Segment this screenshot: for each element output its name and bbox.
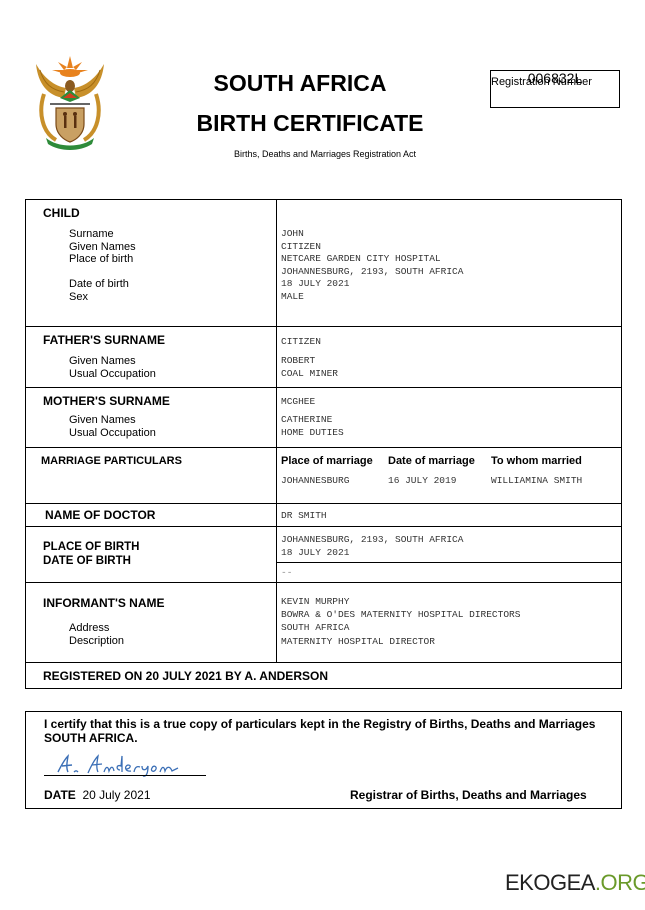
divider	[26, 503, 621, 504]
divider	[26, 526, 621, 527]
date-value: 20 July 2021	[82, 788, 150, 802]
informant-address-label: Address	[69, 622, 109, 635]
date-of-birth-value: 18 JULY 2021	[281, 547, 349, 560]
act-subtitle: Births, Deaths and Marriages Registratio…	[150, 149, 500, 159]
child-sex-label: Sex	[69, 291, 88, 304]
divider	[26, 387, 621, 388]
father-given-names-value: ROBERT	[281, 355, 315, 368]
child-sex-value: MALE	[281, 291, 304, 304]
child-surname-label: Surname	[69, 228, 114, 241]
date-label: DATE	[44, 788, 76, 802]
mother-given-names-value: CATHERINE	[281, 414, 332, 427]
child-surname-value: JOHN	[281, 228, 304, 241]
watermark-main: EKOGEA	[505, 870, 595, 895]
watermark: EKOGEA.ORG	[505, 870, 645, 896]
mother-occupation-label: Usual Occupation	[69, 427, 156, 440]
informant-address-value: BOWRA & O'DES MATERNITY HOSPITAL DIRECTO…	[281, 609, 520, 622]
watermark-suffix: .ORG	[595, 870, 645, 895]
father-occupation-label: Usual Occupation	[69, 368, 156, 381]
marriage-heading: MARRIAGE PARTICULARS	[41, 455, 182, 467]
father-occupation-value: COAL MINER	[281, 368, 338, 381]
mother-surname-value: MCGHEE	[281, 396, 315, 409]
child-date-of-birth-label: Date of birth	[69, 278, 129, 291]
father-given-names-label: Given Names	[69, 355, 136, 368]
marriage-place-column-header: Place of marriage	[281, 455, 373, 467]
certification-statement: I certify that this is a true copy of pa…	[44, 718, 614, 745]
registration-number-label: Registration Number	[491, 76, 592, 88]
marriage-date-value: 16 JULY 2019	[388, 475, 456, 488]
child-date-of-birth-value: 18 JULY 2021	[281, 278, 349, 291]
informant-address-value-line2: SOUTH AFRICA	[281, 622, 349, 635]
place-of-birth-heading: PLACE OF BIRTH	[43, 541, 139, 553]
place-of-birth-value: JOHANNESBURG, 2193, SOUTH AFRICA	[281, 534, 463, 547]
country-title: SOUTH AFRICA	[150, 70, 450, 97]
child-heading: CHILD	[43, 206, 80, 220]
marriage-spouse-value: WILLIAMINA SMITH	[491, 475, 582, 488]
doctor-heading: NAME OF DOCTOR	[45, 508, 155, 522]
particulars-table: CHILD Surname Given Names Place of birth…	[25, 199, 622, 689]
registration-number-box: Registration Number 006832L	[490, 70, 620, 108]
divider	[26, 447, 621, 448]
certification-box: I certify that this is a true copy of pa…	[25, 711, 622, 809]
informant-description-value: MATERNITY HOSPITAL DIRECTOR	[281, 636, 435, 649]
mother-occupation-value: HOME DUTIES	[281, 427, 344, 440]
coat-of-arms-icon	[34, 54, 106, 150]
child-place-of-birth-value-line2: JOHANNESBURG, 2193, SOUTH AFRICA	[281, 266, 463, 279]
divider	[26, 326, 621, 327]
father-heading: FATHER'S SURNAME	[43, 333, 165, 347]
child-given-names-label: Given Names	[69, 241, 136, 254]
divider	[276, 562, 621, 563]
signature-line	[44, 775, 206, 776]
birth-extra-value: --	[281, 567, 292, 580]
informant-heading: INFORMANT'S NAME	[43, 596, 165, 610]
informant-description-label: Description	[69, 635, 124, 648]
registrar-title: Registrar of Births, Deaths and Marriage…	[350, 788, 587, 802]
column-divider	[276, 200, 277, 663]
father-surname-value: CITIZEN	[281, 336, 321, 349]
child-given-names-value: CITIZEN	[281, 241, 321, 254]
certification-date: DATE 20 July 2021	[44, 788, 151, 802]
registered-statement: REGISTERED ON 20 JULY 2021 BY A. ANDERSO…	[43, 669, 328, 683]
divider	[26, 582, 621, 583]
marriage-spouse-column-header: To whom married	[491, 455, 582, 467]
mother-given-names-label: Given Names	[69, 414, 136, 427]
marriage-place-value: JOHANNESBURG	[281, 475, 349, 488]
informant-name-value: KEVIN MURPHY	[281, 596, 349, 609]
mother-heading: MOTHER'S SURNAME	[43, 394, 170, 408]
child-place-of-birth-label: Place of birth	[69, 253, 133, 266]
marriage-date-column-header: Date of marriage	[388, 455, 475, 467]
child-place-of-birth-value: NETCARE GARDEN CITY HOSPITAL	[281, 253, 441, 266]
divider	[26, 662, 621, 663]
document-title: BIRTH CERTIFICATE	[150, 110, 470, 137]
doctor-value: DR SMITH	[281, 510, 327, 523]
date-of-birth-heading: DATE OF BIRTH	[43, 555, 131, 567]
